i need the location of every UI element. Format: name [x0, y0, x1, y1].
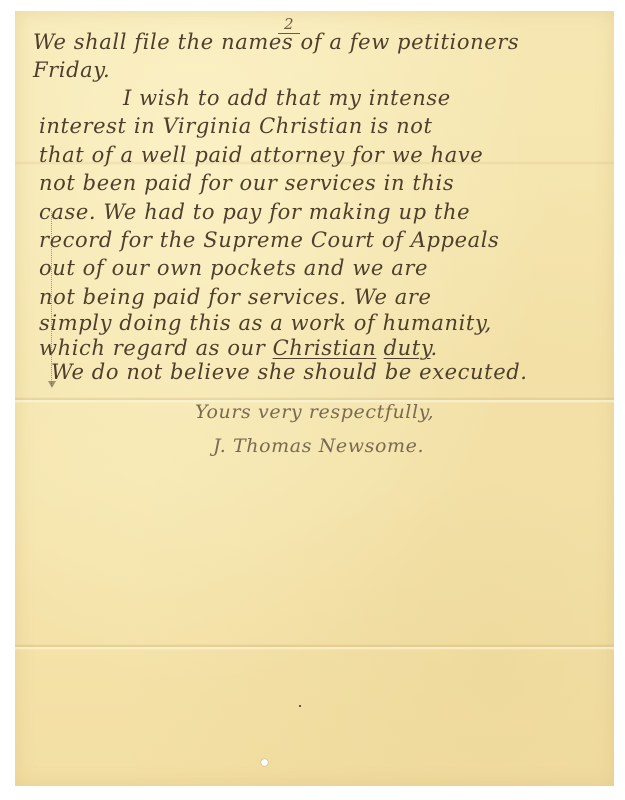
underlined-word: duty [384, 336, 431, 360]
body-line: record for the Supreme Court of Appeals [39, 228, 499, 252]
pin-hole [261, 759, 268, 766]
body-line: We shall file the names of a few petitio… [33, 30, 519, 54]
text: which regard as our [39, 336, 273, 360]
body-line: I wish to add that my intense [123, 86, 451, 110]
body-line: out of our own pockets and we are [39, 256, 428, 280]
body-line: not been paid for our services in this [39, 171, 454, 195]
body-line: case. We had to pay for making up the [39, 200, 470, 224]
body-line: interest in Virginia Christian is not [39, 114, 433, 138]
body-line-which: which regard as our Christian duty. [39, 336, 438, 360]
margin-pencil-mark [51, 211, 62, 386]
closing-salutation: Yours very respectfully, [195, 401, 434, 423]
signature: J. Thomas Newsome. [213, 435, 424, 457]
ink-speck [299, 705, 301, 707]
fold-crease [15, 644, 614, 650]
underlined-word: Christian [273, 336, 377, 360]
body-line: simply doing this as a work of humanity, [39, 311, 492, 335]
letter-page: 2 We shall file the names of a few petit… [15, 11, 614, 786]
body-line: that of a well paid attorney for we have [39, 143, 483, 167]
body-line: Friday. [33, 58, 110, 82]
text: . [431, 336, 438, 360]
text [376, 336, 383, 360]
body-line: not being paid for services. We are [39, 285, 432, 309]
body-line: We do not believe she should be executed… [51, 360, 528, 384]
